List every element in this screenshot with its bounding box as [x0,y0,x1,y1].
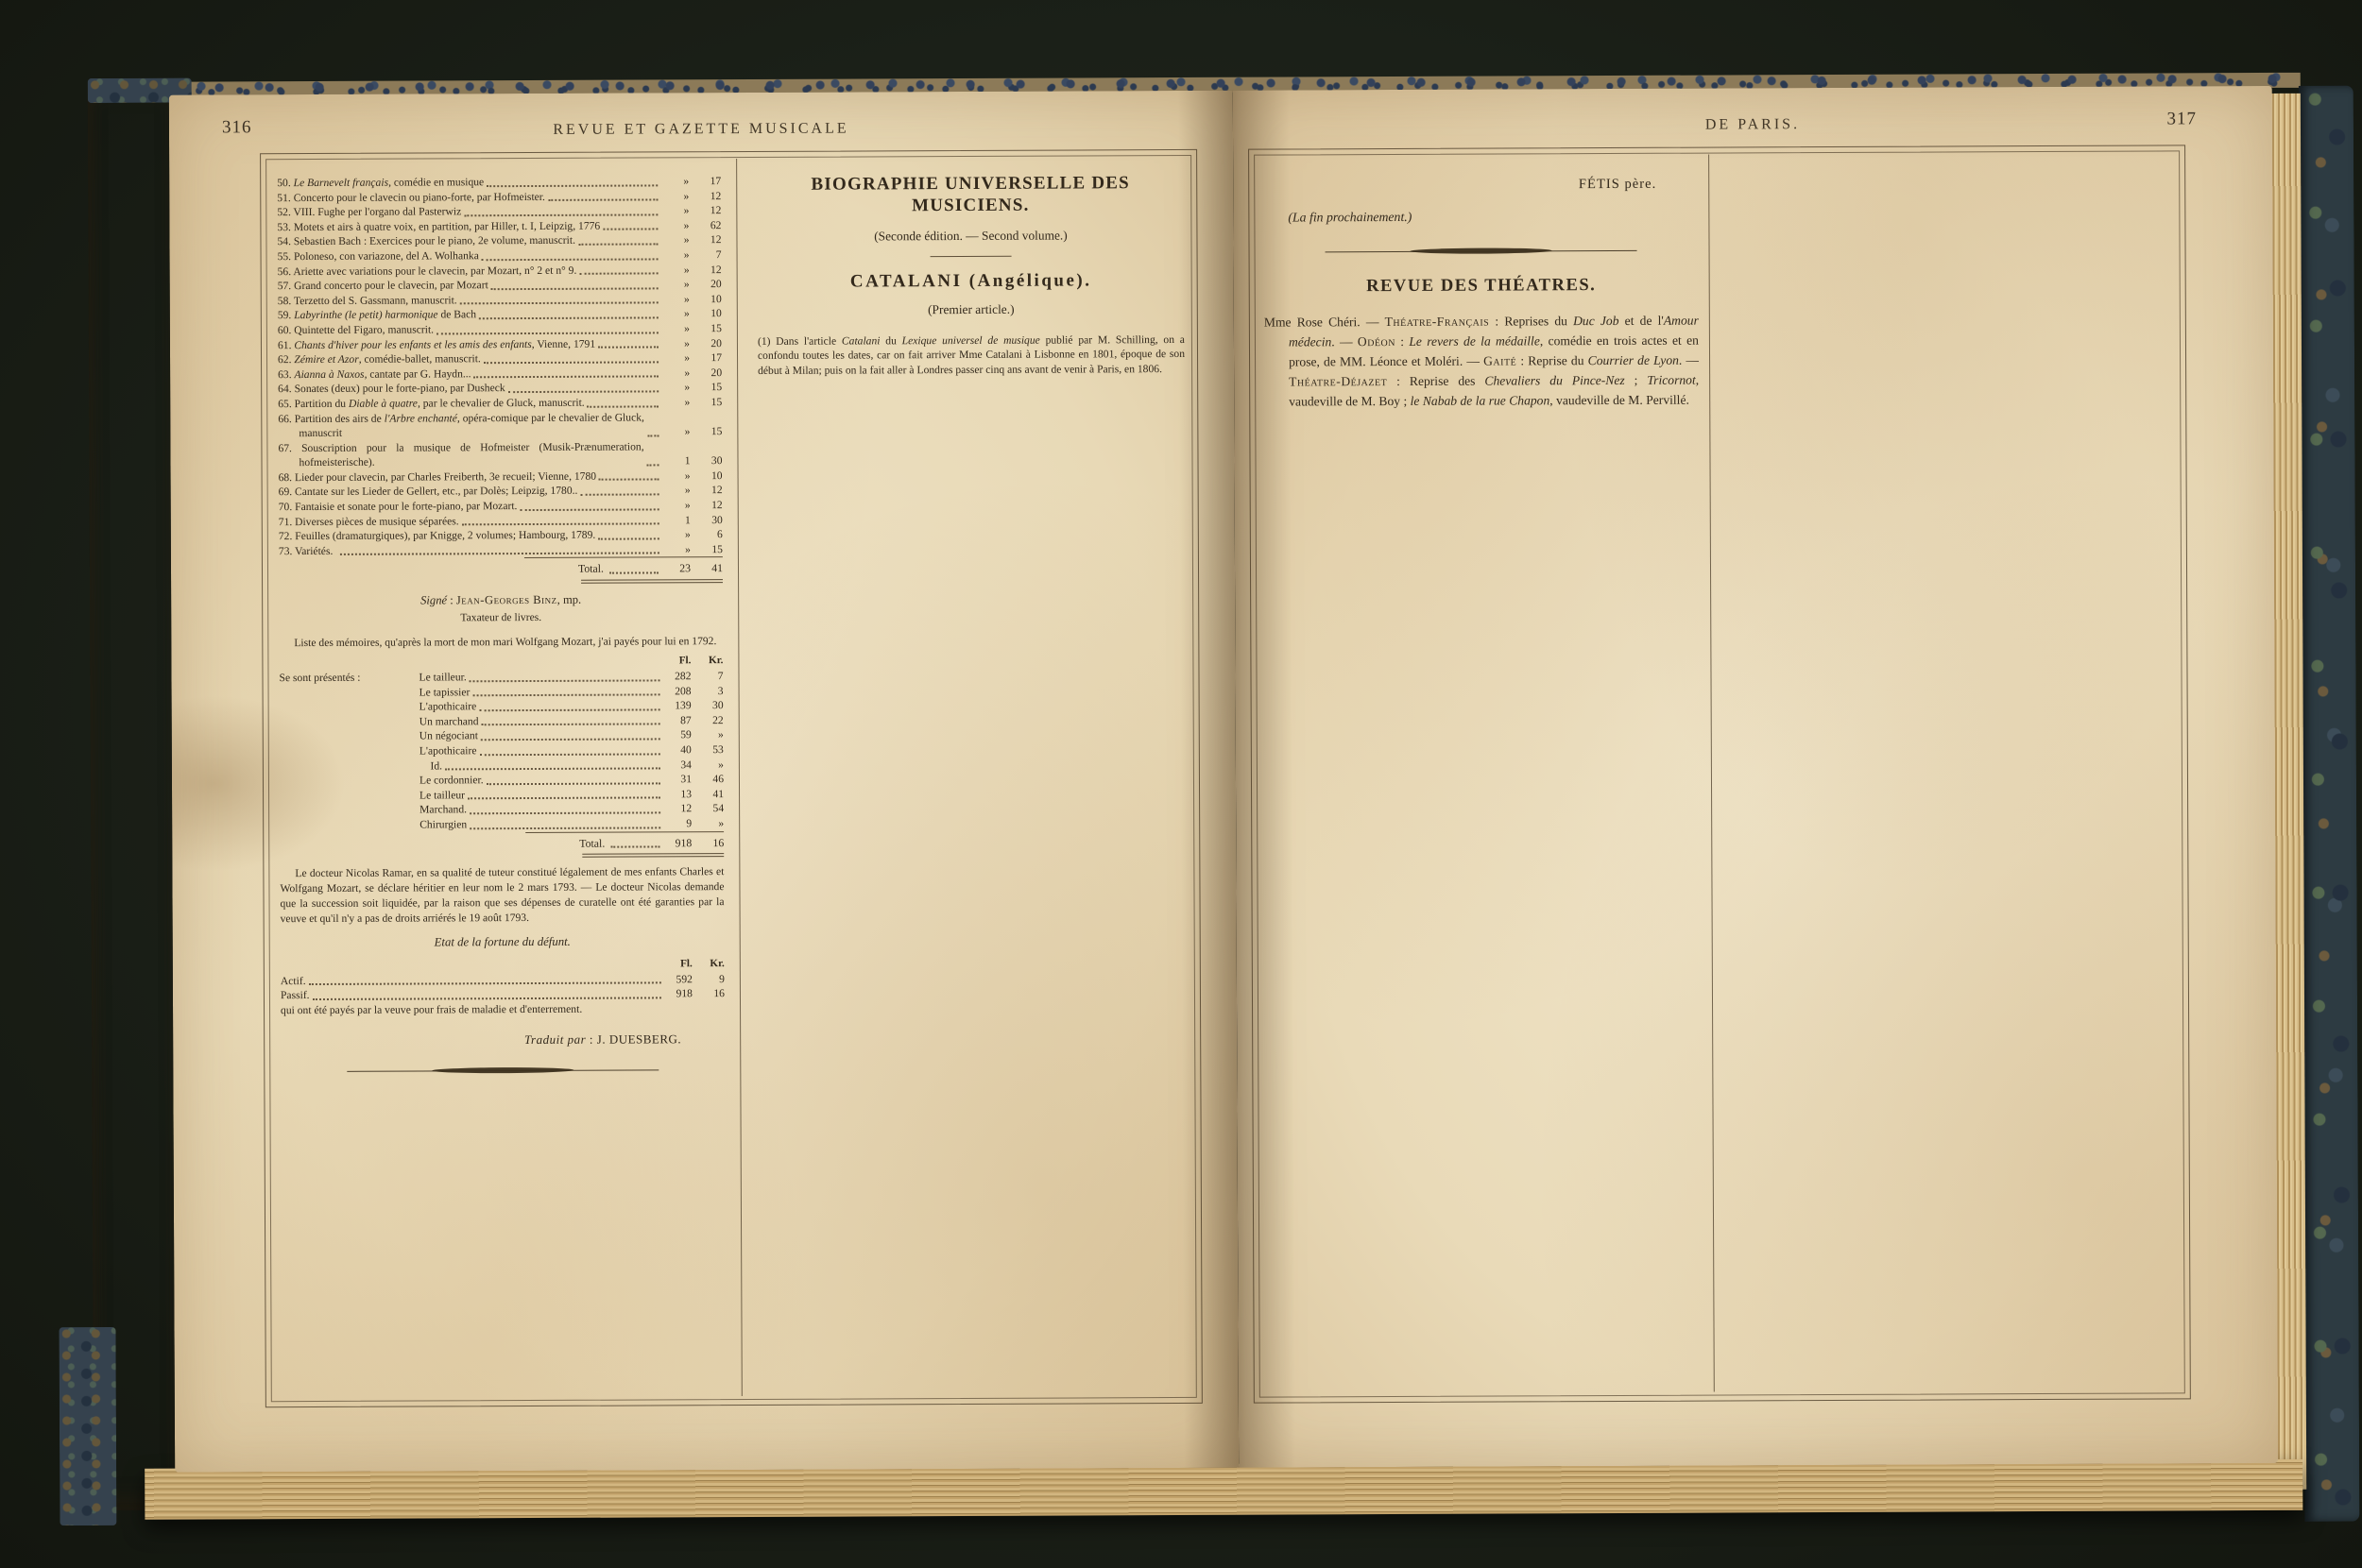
catalog-item-kreuzer: 12 [691,484,723,499]
dot-leader [579,273,658,275]
separator-rule [1326,247,1637,256]
article-subtitle: (Premier article.) [758,298,1185,321]
expense-lead: Se sont présentés : [279,670,419,685]
expenses-table: Se sont présentés : Le tailleur. 282 7 L… [279,669,724,833]
dot-leader [470,679,660,682]
author-signature-fetis: FÉTIS père. [1263,174,1698,197]
catalog-item-kreuzer: 20 [690,366,722,381]
dot-leader [309,982,661,986]
dot-leader [487,184,658,187]
book-cover-right [2299,86,2360,1522]
catalog-item-kreuzer: 15 [691,542,723,557]
expense-name: Le tailleur [419,788,465,803]
catalog-item-florins: 1 [661,454,690,469]
column-biographie: BIOGRAPHIE UNIVERSELLE DES MUSICIENS. (S… [757,172,1190,1392]
dot-leader [599,479,659,481]
expense-name: Le tailleur. [419,670,466,685]
expense-lead [280,832,419,833]
catalog-item-florins: » [661,292,690,307]
catalog-item-florins: » [662,498,691,513]
catalog-item-florins: » [661,350,690,366]
expense-kreuzer: 41 [692,787,724,802]
page-316: 316 REVUE ET GAZETTE MUSICALE 50. Le Bar… [169,91,1239,1473]
catalog-item-kreuzer: 15 [690,380,722,395]
revue-paragraphs-col2 [1724,171,2157,173]
closing-paragraphs [281,1021,725,1023]
catalog-item-text: 54. Sebastien Bach : Exercices pour le p… [277,233,575,249]
closing-paragraph [281,1021,725,1023]
catalog-item-kreuzer: 10 [690,292,722,307]
catalog-item-florins: » [661,277,690,292]
catalog-item-florins: » [661,307,690,322]
expense-florins: 87 [663,713,692,728]
translator-credit: Traduit par : J. DUESBERG. [281,1031,725,1048]
catalog-item-florins: » [660,218,689,233]
expense-kreuzer: 46 [692,772,724,787]
catalog-item-florins: 1 [662,513,691,528]
catalog-item-text: 53. Motets et airs à quatre voix, en par… [277,218,600,234]
expenses-total-rule: Total. 918 16 [525,831,724,859]
dot-leader [647,464,659,466]
catalog-item-kreuzer: 12 [691,498,723,513]
dot-leader [508,390,659,393]
section-title-revue-des-theatres: REVUE DES THÉATRES. [1264,273,1699,297]
revue-paragraph [1724,171,2157,173]
catalog-item: 67. Souscription pour la musique de Hofm… [278,439,722,470]
dot-leader [480,753,660,756]
catalog-item-text: 51. Concerto pour le clavecin ou piano-f… [277,190,545,206]
dot-leader [481,724,659,726]
catalog-item-text: 57. Grand concerto pour le clavecin, par… [278,278,488,294]
dot-leader [603,229,658,230]
catalog-item-florins: » [661,263,690,278]
catalog-total-row: Total. 23 41 [524,562,723,578]
expense-name: Marchand. [419,803,467,818]
running-title-right: DE PARIS. [1233,114,2272,136]
dot-leader [340,553,659,555]
revue-paragraph [1724,171,2157,173]
fortune-table: Actif. 592 9 Passif. 918 16 [281,972,725,1003]
catalog-item-kreuzer: 10 [690,306,722,321]
catalog-item-kreuzer: 17 [689,174,721,189]
catalog-item-florins: » [660,174,689,189]
dot-leader [479,316,659,319]
fortune-florins: 918 [664,987,693,1002]
page-317: DE PARIS. 317 FÉTIS père. (La fin procha… [1233,86,2278,1468]
expense-florins: 208 [663,684,692,699]
catalog-list: 50. Le Barnevelt français, comédie en mu… [277,174,723,558]
expense-name: Chirurgien [419,817,467,832]
catalog-item-kreuzer: 20 [690,277,722,292]
expense-kreuzer: » [692,727,724,742]
theatre-listing-intro: Mme Rose Chéri. — Théatre-Français : Rep… [1264,311,1699,412]
short-rule [931,256,1012,257]
catalog-item-florins: » [661,366,690,381]
catalog-item-kreuzer: 12 [689,232,721,247]
expense-kreuzer: » [692,816,724,831]
double-rule [582,854,724,859]
catalog-item-kreuzer: 15 [690,395,722,410]
dot-leader [598,347,659,349]
florins-header: Fl. [662,654,691,669]
catalog-item-kreuzer: 15 [690,424,722,439]
catalog-item-text: 50. Le Barnevelt français, comédie en mu… [277,175,484,191]
catalog-item-kreuzer: 12 [689,203,721,218]
dot-leader [445,768,660,771]
catalog-item-text: 70. Fantaisie et sonate pour le forte-pi… [279,499,518,515]
dot-leader [548,199,658,202]
expense-florins: 59 [663,728,692,743]
expense-kreuzer: 54 [692,801,724,816]
dot-leader [578,243,658,245]
dot-leader [474,376,659,379]
expense-kreuzer: 3 [692,684,724,699]
catalog-item-florins: » [661,395,690,410]
expense-florins: 40 [663,742,692,758]
dot-leader [470,811,660,814]
double-rule [581,579,723,584]
catalog-item-text: 60. Quintette del Figaro, manuscrit. [278,322,434,337]
total-kreuzer: 16 [692,836,724,851]
dot-leader [647,435,659,436]
revue-paragraph [1724,171,2157,173]
expense-kreuzer: » [692,758,724,773]
footnote-schilling: (1) Dans l'article Catalani du Lexique u… [758,332,1185,378]
expenses-total-row: Total. 918 16 [525,836,724,852]
marbled-corner-bottom-left [59,1327,116,1525]
continuation-note: (La fin prochainement.) [1263,205,1698,229]
total-florins: 23 [662,562,691,577]
catalog-item-florins: » [660,203,689,218]
fortune-name: Passif. [281,988,310,1003]
fortune-note: qui ont été payés par la veuve pour frai… [281,1001,725,1018]
expense-kreuzer: 7 [691,669,723,684]
catalog-item-text: 67. Souscription pour la musique de Hofm… [278,439,643,470]
dot-leader [436,332,659,334]
catalog-item-text: 71. Diverses pièces de musique séparées. [279,514,459,529]
expense-florins: 139 [663,698,692,713]
dot-leader [520,508,659,511]
catalog-item-text: 69. Cantate sur les Lieder de Gellert, e… [279,484,578,500]
dot-leader [484,361,659,364]
closing-paragraph [281,1021,725,1023]
expense-name: L'apothicaire [419,743,477,758]
kreuzer-header: Kr. [691,654,723,669]
expense-name: Le cordonnier. [419,773,484,788]
separator-rule [347,1065,659,1075]
revue-paragraphs-col1 [1264,423,1699,425]
catalog-item-florins: » [660,189,689,204]
tutor-paragraph: Le docteur Nicolas Ramar, en sa qualité … [280,865,724,928]
fortune-heading: Etat de la fortune du défunt. [281,934,725,951]
expense-kreuzer: 30 [692,698,724,713]
expense-name: Le tapissier [419,685,471,700]
catalog-item-kreuzer: 20 [690,336,722,351]
catalog-item-text: 66. Partition des airs de l'Arbre enchan… [278,410,644,441]
catalog-item-text: 62. Zémire et Azor, comédie-ballet, manu… [278,351,481,367]
catalog-item-kreuzer: 30 [690,453,722,469]
catalog-item-text: 61. Chants d'hiver pour les enfants et l… [278,336,595,352]
catalog-item-text: 58. Terzetto del S. Gassmann, manuscrit. [278,293,457,308]
dot-leader [479,708,659,711]
catalog-item-text: 65. Partition du Diable à quatre, par le… [278,396,585,412]
catalog-item-florins: » [661,321,690,336]
expense-florins: 34 [663,758,692,773]
catalog-item-text: 52. VIII. Fughe per l'organo dal Pasterw… [277,205,461,220]
total-label: Total. [578,562,604,577]
dot-leader [460,302,659,305]
revue-paragraph [1724,171,2157,173]
dot-leader [470,827,660,829]
dot-leader [598,537,659,539]
expense-florins: 31 [663,772,692,787]
catalog-item: 66. Partition des airs de l'Arbre enchan… [278,410,722,441]
catalog-item-florins: » [661,424,690,439]
catalog-item-text: 64. Sonates (deux) pour le forte-piano, … [278,381,505,397]
expense-name: Un négociant [419,729,478,744]
dot-leader [580,493,659,495]
dot-leader [472,694,659,697]
catalog-item-text: 55. Poloneso, con variazone, del A. Wolh… [278,248,479,264]
open-book: 316 REVUE ET GAZETTE MUSICALE 50. Le Bar… [0,0,2362,1568]
catalog-item-florins: » [662,484,691,499]
catalog-item-kreuzer: 17 [690,350,722,366]
expense-florins: 282 [662,669,691,684]
florins-header: Fl. [664,957,693,972]
memoires-intro: Liste des mémoires, qu'après la mort de … [279,634,723,651]
left-page-edges [88,80,181,1510]
dot-leader [464,213,658,216]
fortune-kreuzer: 16 [693,987,725,1002]
dot-leader [588,405,659,407]
fortune-name: Actif. [281,974,306,989]
expense-name: Id. [419,758,442,774]
expense-name: L'apothicaire [419,699,477,714]
catalog-item-florins: » [662,528,691,543]
biographie-title: BIOGRAPHIE UNIVERSELLE DES MUSICIENS. [757,172,1184,218]
fortune-column-headers: Fl. Kr. [281,957,725,974]
dot-leader [462,523,659,526]
revue-paragraph [1724,171,2157,173]
kreuzer-header: Kr. [693,957,725,972]
catalog-item-florins: » [661,247,690,263]
dot-leader [481,738,660,741]
catalog-item-text: 56. Ariette avec variations pour le clav… [278,263,577,279]
catalog-item-kreuzer: 12 [689,189,721,204]
fortune-florins: 592 [664,972,693,987]
revue-paragraph [1724,171,2157,173]
catalog-item-florins: » [662,469,691,484]
catalog-item-kreuzer: 10 [691,469,723,484]
catalog-item-text: 68. Lieder pour clavecin, par Charles Fr… [279,469,597,486]
catalog-item-text: 59. Labyrinthe (le petit) harmonique de … [278,308,476,324]
revue-paragraph [1264,423,1699,425]
expense-florins: 9 [663,816,692,831]
catalog-item-kreuzer: 12 [690,263,722,278]
page-number-right: 317 [2166,109,2197,129]
total-florins: 918 [663,836,692,851]
signature-role: Taxateur de livres. [279,609,723,626]
total-kreuzer: 41 [691,562,723,577]
catalog-item-kreuzer: 7 [690,247,722,263]
catalog-item-text: 73. Variétés. [279,544,337,559]
dot-leader [313,997,661,1000]
fortune-kreuzer: 9 [693,972,725,987]
dot-leader [491,287,659,290]
expense-florins: 13 [663,787,692,802]
signature-binz: Signé : Jean-Georges Binz, mp. [279,592,723,609]
catalog-item-florins: » [661,381,690,396]
expense-name: Un marchand [419,714,479,729]
running-title-left: REVUE ET GAZETTE MUSICALE [169,119,1233,141]
expense-kreuzer: 22 [692,713,724,728]
catalog-item-kreuzer: 30 [691,513,723,528]
dot-leader [468,797,660,800]
column-estate-documents: 50. Le Barnevelt français, comédie en mu… [277,174,727,1394]
dot-leader [609,572,659,574]
catalog-item-florins: » [660,233,689,248]
catalog-item-kreuzer: 6 [691,527,723,542]
dot-leader [487,782,660,785]
dot-leader [482,258,659,261]
catalog-item-florins: » [661,336,690,351]
expenses-column-headers: Fl. Kr. [279,654,723,671]
dot-leader [610,846,659,848]
total-label: Total. [579,836,605,851]
catalog-item-florins: » [662,542,691,557]
expense-florins: 12 [663,802,692,817]
biographie-subtitle: (Seconde édition. — Second volume.) [757,224,1184,247]
catalog-item-kreuzer: 62 [689,218,721,233]
column-catalani-continued: FÉTIS père. (La fin prochainement.) REVU… [1263,170,1703,1390]
article-title-catalani: CATALANI (Angélique). [758,269,1185,293]
column-revue-continued [1724,167,2163,1388]
catalog-item-text: 63. Aianna à Naxos, cantate par G. Haydn… [278,366,471,382]
catalog-total-rule: Total. 23 41 [524,557,723,585]
catalog-item-kreuzer: 15 [690,321,722,336]
catalog-item-text: 72. Feuilles (dramaturgiques), par Knigg… [279,528,595,544]
expense-kreuzer: 53 [692,742,724,758]
